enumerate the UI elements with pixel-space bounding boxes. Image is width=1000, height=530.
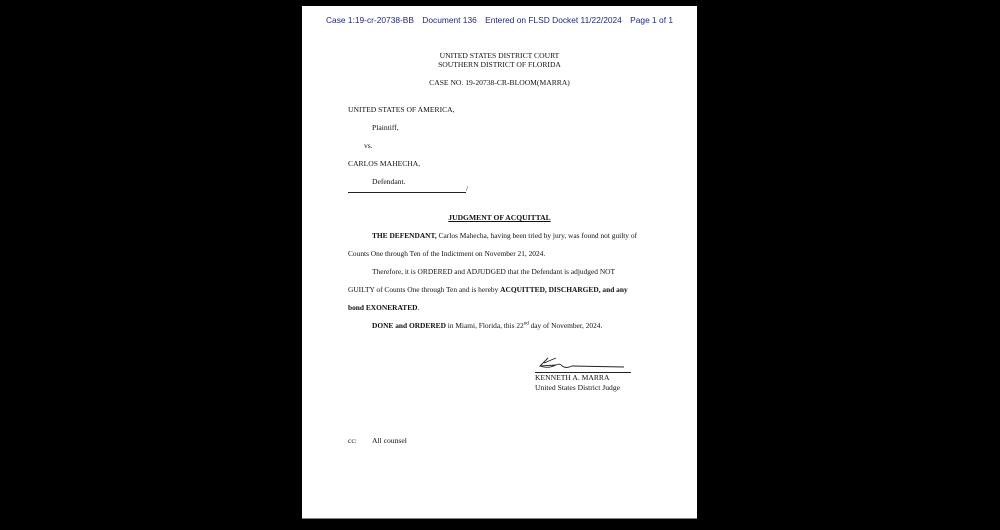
defendant-name: CARLOS MAHECHA, (348, 159, 420, 168)
paragraph-2: Therefore, it is ORDERED and ADJUDGED th… (372, 267, 615, 276)
docket-case-number: Case 1:19-cr-20738-BB (326, 15, 414, 25)
paragraph-2-continued: GUILTY of Counts One through Ten and is … (348, 285, 628, 294)
paragraph-3: DONE and ORDERED in Miami, Florida, this… (372, 321, 602, 330)
case-number: CASE NO. 19-20738-CR-BLOOM(MARRA) (302, 78, 697, 87)
cc-recipients: All counsel (372, 436, 407, 445)
paragraph-2-end: bond EXONERATED. (348, 303, 419, 312)
cc-label: cc: (348, 436, 357, 445)
versus-label: vs. (364, 141, 373, 150)
judge-title: United States District Judge (535, 383, 620, 392)
docket-document-number: Document 136 (422, 15, 476, 25)
defendant-role: Defendant. (372, 177, 406, 186)
plaintiff-name: UNITED STATES OF AMERICA, (348, 105, 455, 114)
paragraph-1: THE DEFENDANT, Carlos Mahecha, having be… (372, 231, 637, 240)
docket-entry-date: Entered on FLSD Docket 11/22/2024 (485, 15, 622, 25)
judge-name: KENNETH A. MARRA (535, 373, 609, 382)
plaintiff-role: Plaintiff, (372, 123, 399, 132)
court-name: UNITED STATES DISTRICT COURT (302, 51, 697, 60)
judge-signature (534, 354, 634, 374)
paragraph-1-bold: THE DEFENDANT, (372, 231, 437, 240)
paragraph-1-continued: Counts One through Ten of the Indictment… (348, 249, 545, 258)
court-district: SOUTHERN DISTRICT OF FLORIDA (302, 60, 697, 69)
caption-slash: / (466, 184, 468, 193)
document-page: Case 1:19-cr-20738-BB Document 136 Enter… (302, 6, 697, 518)
caption-divider (348, 192, 466, 193)
document-title: JUDGMENT OF ACQUITTAL (302, 213, 697, 222)
docket-page-number: Page 1 of 1 (630, 15, 673, 25)
docket-header: Case 1:19-cr-20738-BB Document 136 Enter… (302, 15, 697, 25)
